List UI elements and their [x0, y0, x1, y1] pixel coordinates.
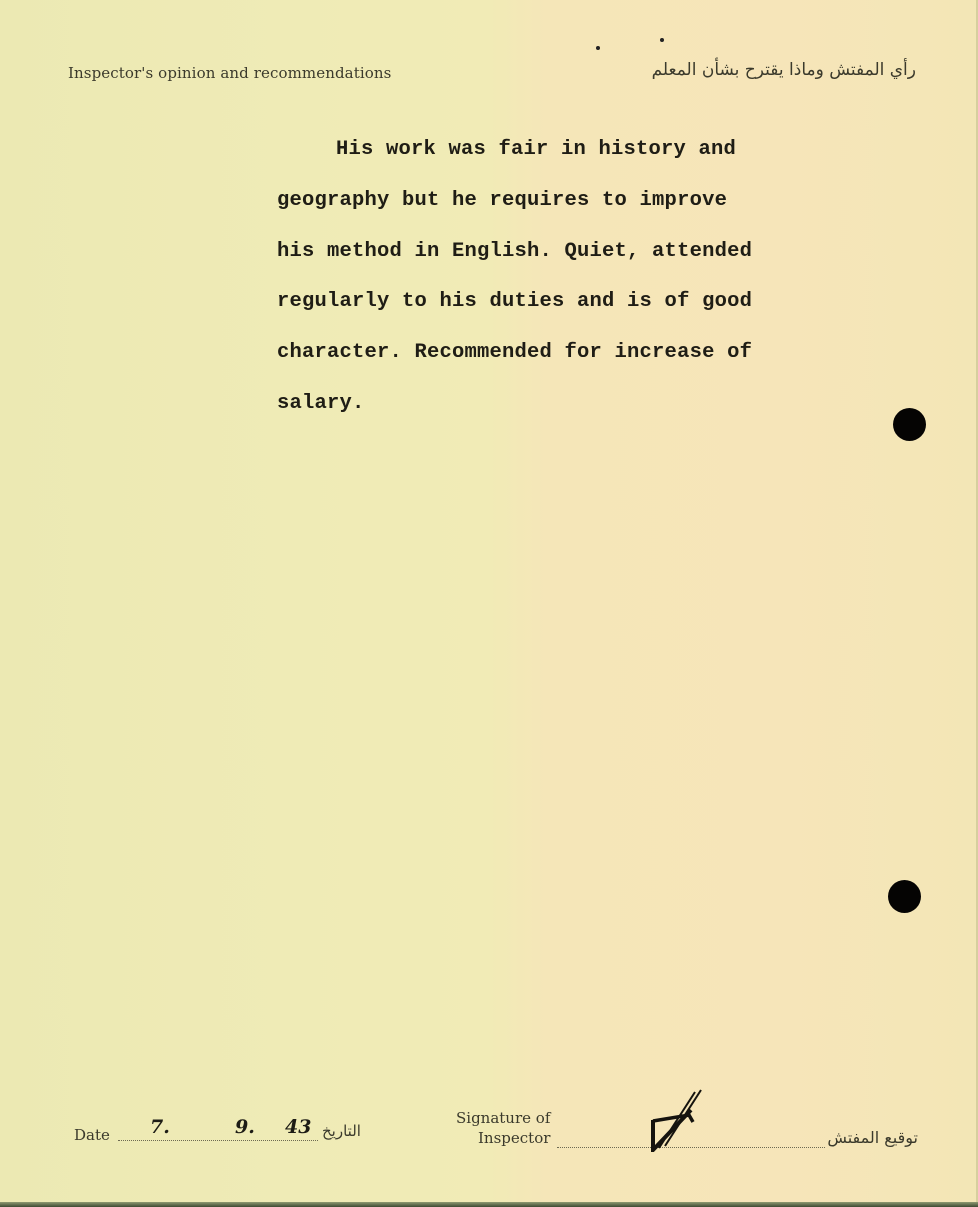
signature-label-line2: Inspector [456, 1128, 550, 1148]
ink-speck [596, 46, 600, 50]
punch-hole-icon [888, 880, 921, 913]
typed-line: regularly to his duties and is of good [277, 277, 877, 328]
date-month-value: 9. [235, 1116, 255, 1138]
signature-label-arabic: توقيع المفتش [827, 1128, 918, 1147]
signature-icon [645, 1088, 705, 1152]
typed-line: his method in English. Quiet, attended [277, 227, 877, 278]
ink-speck [660, 38, 664, 42]
typed-line: salary. [277, 379, 877, 430]
typed-line: geography but he requires to improve [277, 176, 877, 227]
typed-recommendation-text: His work was fair in history and geograp… [277, 125, 877, 430]
date-label-arabic: التاريخ [322, 1122, 361, 1140]
date-label: Date [74, 1126, 110, 1144]
date-dotted-line [118, 1140, 318, 1141]
typed-line: His work was fair in history and [277, 125, 877, 176]
page-bottom-edge [0, 1202, 978, 1207]
section-heading-arabic: رأي المفتش وماذا يقترح بشأن المعلم [652, 60, 916, 80]
punch-hole-icon [893, 408, 926, 441]
signature-label-line1: Signature of [456, 1108, 550, 1128]
scanned-form-page: Inspector's opinion and recommendations … [0, 0, 978, 1207]
date-day-value: 7. [150, 1116, 170, 1138]
section-heading-english: Inspector's opinion and recommendations [68, 64, 391, 82]
date-year-value: 43 [285, 1116, 311, 1138]
signature-label: Signature of Inspector [456, 1108, 550, 1148]
typed-line: character. Recommended for increase of [277, 328, 877, 379]
